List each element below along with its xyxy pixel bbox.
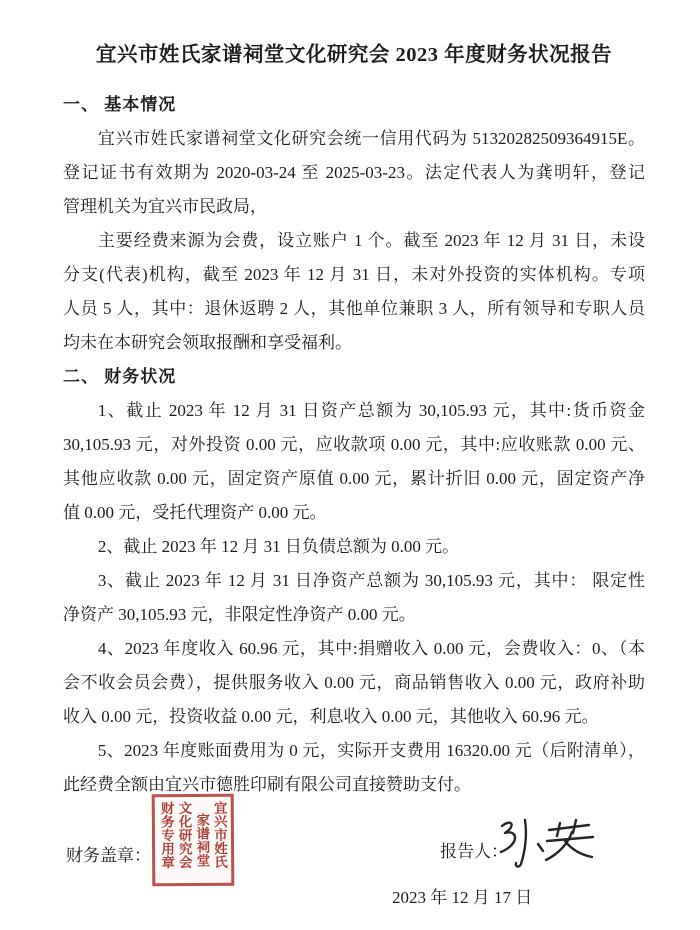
text-line: 30,105.93 元，对外投资 0.00 元，应收款项 0.00 元，其中:应…: [63, 428, 645, 462]
text-line: 其他应收款 0.00 元，固定资产原值 0.00 元，累计折旧 0.00 元，固…: [63, 462, 645, 496]
text-line: 5、2023 年度账面费用为 0 元，实际开支费用 16320.00 元（后附清…: [63, 734, 645, 768]
text-line: 净资产 30,105.93 元，非限定性净资产 0.00 元。: [63, 598, 645, 632]
seal-column: 财务专用章: [158, 801, 176, 879]
text-line: 1、截止 2023 年 12 月 31 日资产总额为 30,105.93 元，其…: [63, 394, 645, 428]
text-line: 此经费全额由宜兴市德胜印刷有限公司直接赞助支付。: [63, 768, 645, 802]
text-line: 会不收会员会费），提供服务收入 0.00 元，商品销售收入 0.00 元，政府补…: [63, 666, 645, 700]
report-body: 宜兴市姓氏家谱祠堂文化研究会 2023 年度财务状况报告 一、 基本情况 宜兴市…: [63, 40, 645, 802]
text-line: 宜兴市姓氏家谱祠堂文化研究会统一信用代码为 51320282509364915E…: [63, 122, 645, 156]
text-line: 均未在本研究会领取报酬和享受福利。: [63, 326, 645, 360]
text-line: 收入 0.00 元，投资收益 0.00 元，利息收入 0.00 元，其他收入 6…: [63, 700, 645, 734]
text-line: 人员 5 人，其中：退休返聘 2 人，其他单位兼职 3 人，所有领导和专职人员: [63, 292, 645, 326]
finance-seal-label: 财务盖章：: [66, 844, 151, 868]
text-line: 登记证书有效期为 2020-03-24 至 2025-03-23。法定代表人为龚…: [63, 156, 645, 190]
seal-column: 宜兴市姓氏: [211, 801, 229, 879]
text-line: 分支(代表)机构，截至 2023 年 12 月 31 日，未对外投资的实体机构。…: [63, 258, 645, 292]
report-page: 宜兴市姓氏家谱祠堂文化研究会 2023 年度财务状况报告 一、 基本情况 宜兴市…: [0, 0, 700, 930]
text-line: 主要经费来源为会费，设立账户 1 个。截至 2023 年 12 月 31 日，未…: [63, 224, 645, 258]
report-title: 宜兴市姓氏家谱祠堂文化研究会 2023 年度财务状况报告: [63, 40, 645, 70]
finance-seal-stamp: 宜兴市姓氏 家谱祠堂 文化研究会 财务专用章: [152, 794, 235, 887]
text-line: 2、截止 2023 年 12 月 31 日负债总额为 0.00 元。: [63, 530, 645, 564]
section-heading-financial-status: 二、 财务状况: [63, 360, 645, 394]
text-line: 管理机关为宜兴市民政局，: [63, 190, 645, 224]
seal-column: 文化研究会: [175, 801, 193, 879]
text-line: 3、截止 2023 年 12 月 31 日净资产总额为 30,105.93 元，…: [63, 564, 645, 598]
text-line: 4、2023 年度收入 60.96 元，其中:捐赠收入 0.00 元，会费收入：…: [63, 632, 645, 666]
seal-column: 家谱祠堂: [193, 801, 211, 879]
text-line: 值 0.00 元，受托代理资产 0.00 元。: [63, 496, 645, 530]
report-date: 2023 年 12 月 17 日: [392, 886, 532, 910]
section-heading-basic-info: 一、 基本情况: [63, 88, 645, 122]
signature-handwriting-icon: [492, 814, 597, 872]
